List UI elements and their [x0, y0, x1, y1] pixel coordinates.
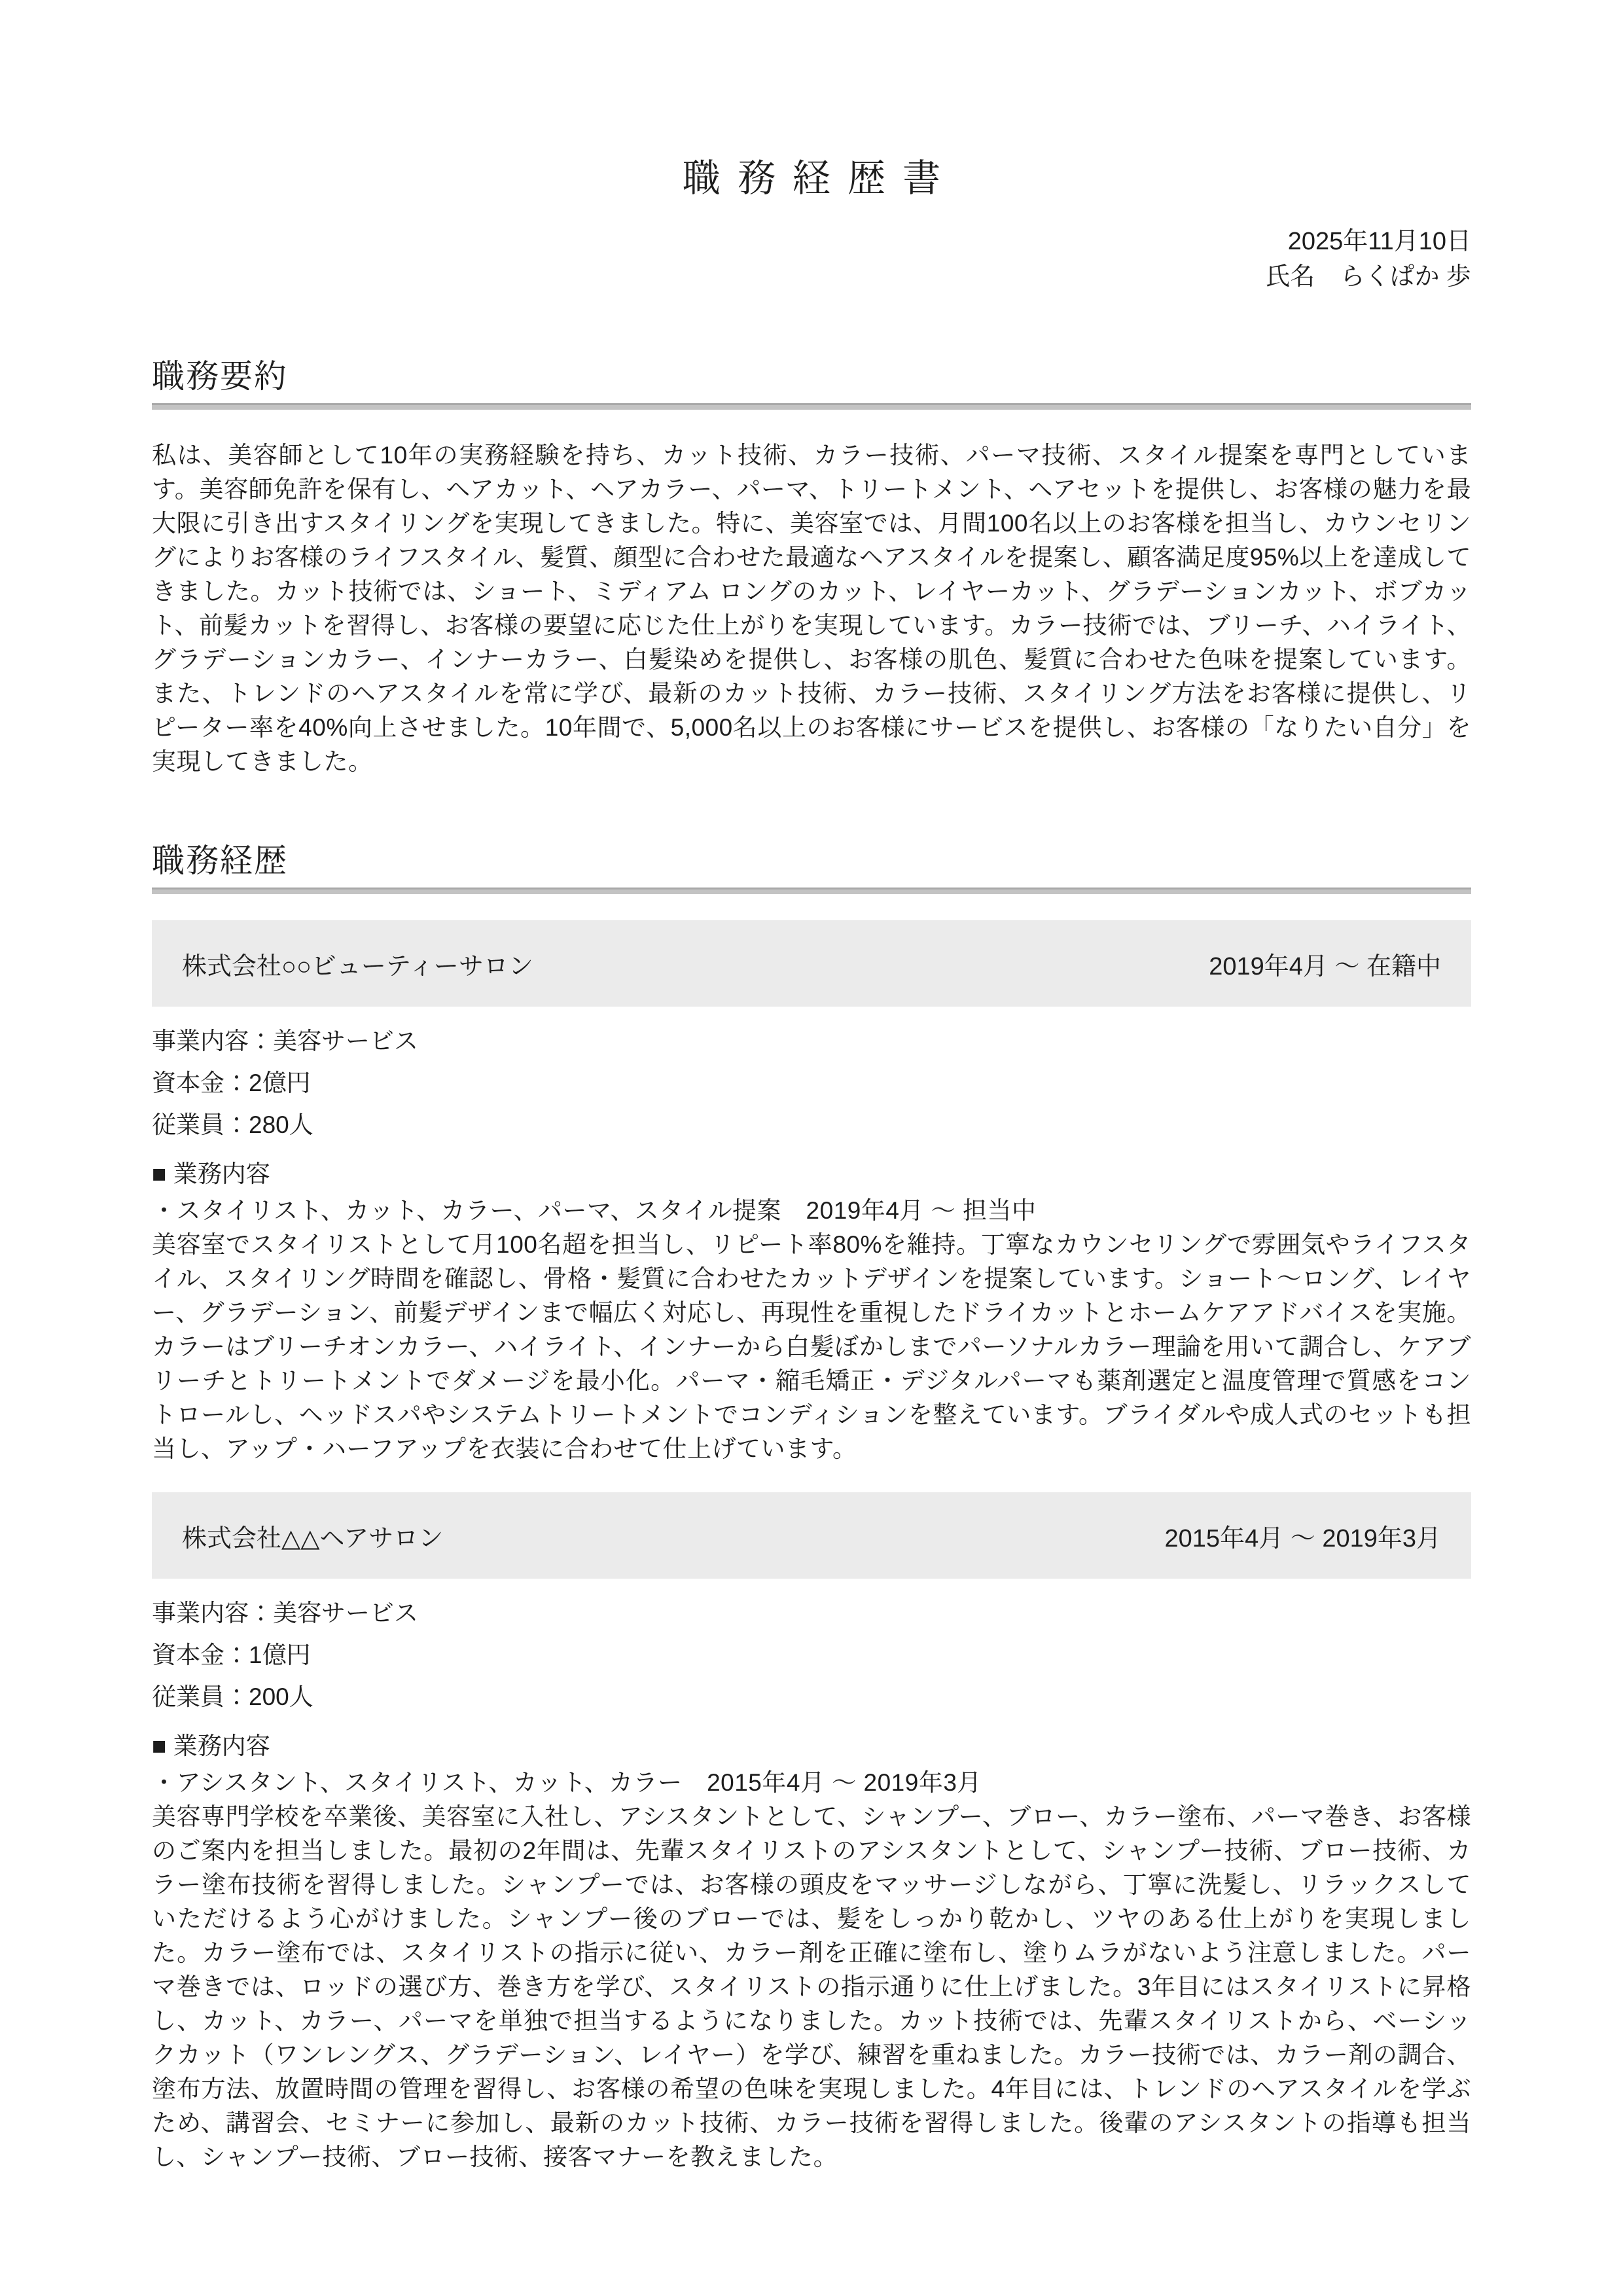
document-date: 2025年11月10日	[152, 224, 1471, 259]
company-description: 美容専門学校を卒業後、美容室に入社し、アシスタントとして、シャンプー、ブロー、カ…	[152, 1800, 1471, 2174]
company-entry-1: 株式会社○○ビューティーサロン 2019年4月 〜 在籍中 事業内容：美容サービ…	[152, 920, 1471, 1466]
company-capital: 資本金：2億円	[152, 1071, 1471, 1096]
resume-page: 職務経歴書 2025年11月10日 氏名 らくぱか 歩 職務要約 私は、美容師と…	[0, 0, 1623, 2296]
meta-block: 2025年11月10日 氏名 らくぱか 歩	[152, 224, 1471, 295]
duties-heading: ■ 業務内容	[152, 1733, 1471, 1759]
company-name: 株式会社△△ヘアサロン	[182, 1518, 443, 1554]
role-line: ・アシスタント、スタイリスト、カット、カラー 2015年4月 〜 2019年3月	[152, 1766, 1471, 1800]
company-description: 美容室でスタイリストとして月100名超を担当し、リピート率80%を維持。丁寧なカ…	[152, 1228, 1471, 1466]
company-employees: 従業員：200人	[152, 1685, 1471, 1710]
company-entry-2: 株式会社△△ヘアサロン 2015年4月 〜 2019年3月 事業内容：美容サービ…	[152, 1492, 1471, 2174]
role-line: ・スタイリスト、カット、カラー、パーマ、スタイル提案 2019年4月 〜 担当中	[152, 1194, 1471, 1228]
page-title: 職務経歴書	[152, 158, 1471, 199]
summary-heading: 職務要約	[152, 359, 1471, 394]
summary-section: 職務要約 私は、美容師として10年の実務経験を持ち、カット技術、カラー技術、パー…	[152, 359, 1471, 779]
company-header: 株式会社○○ビューティーサロン 2019年4月 〜 在籍中	[152, 920, 1471, 1007]
company-business: 事業内容：美容サービス	[152, 1601, 1471, 1626]
company-employees: 従業員：280人	[152, 1113, 1471, 1138]
summary-text: 私は、美容師として10年の実務経験を持ち、カット技術、カラー技術、パーマ技術、ス…	[152, 439, 1471, 779]
section-rule	[152, 888, 1471, 894]
company-name: 株式会社○○ビューティーサロン	[182, 946, 533, 982]
section-rule	[152, 403, 1471, 410]
career-heading: 職務経歴	[152, 843, 1471, 878]
applicant-name: 氏名 らくぱか 歩	[152, 259, 1471, 295]
company-capital: 資本金：1億円	[152, 1643, 1471, 1668]
career-section: 職務経歴 株式会社○○ビューティーサロン 2019年4月 〜 在籍中 事業内容：…	[152, 843, 1471, 2174]
company-business: 事業内容：美容サービス	[152, 1029, 1471, 1054]
duties-heading: ■ 業務内容	[152, 1161, 1471, 1187]
company-period: 2015年4月 〜 2019年3月	[1165, 1518, 1441, 1554]
company-header: 株式会社△△ヘアサロン 2015年4月 〜 2019年3月	[152, 1492, 1471, 1579]
company-period: 2019年4月 〜 在籍中	[1209, 946, 1441, 982]
